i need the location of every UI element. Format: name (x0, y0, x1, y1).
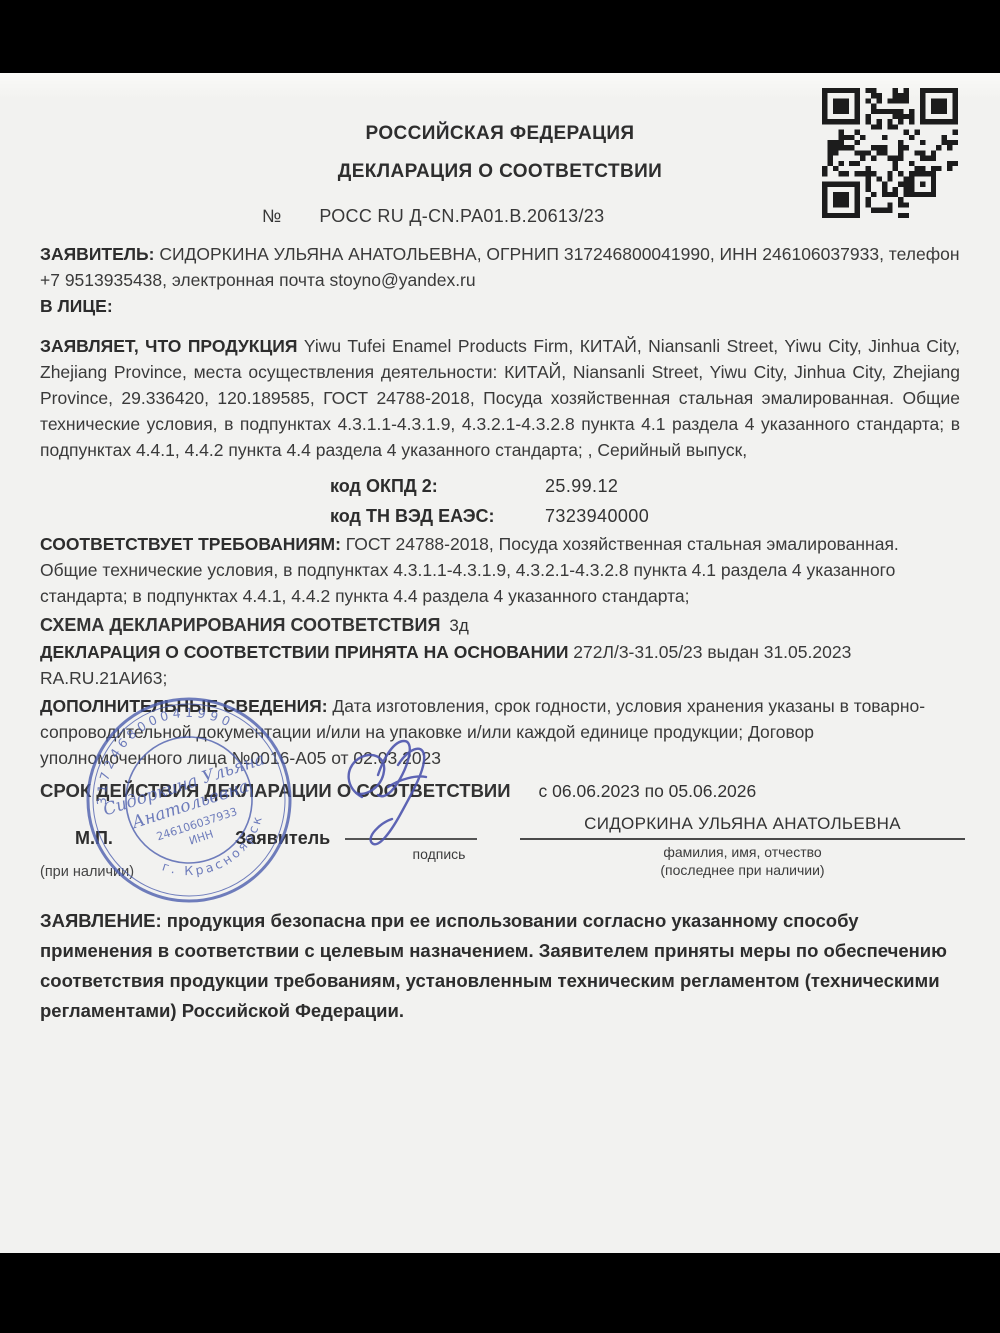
signature-line (345, 814, 477, 840)
statement-text: продукция безопасна при ее использовании… (40, 910, 947, 1021)
statement-paragraph: ЗАЯВЛЕНИЕ: продукция безопасна при ее ис… (40, 906, 960, 1026)
okpd-value: 25.99.12 (545, 476, 618, 496)
applicant-label: ЗАЯВИТЕЛЬ: (40, 244, 154, 264)
signature-caption: подпись (373, 846, 505, 862)
top-letterbox-bar (0, 0, 1000, 73)
statement-label: ЗАЯВЛЕНИЕ: (40, 910, 162, 931)
codes-block: код ОКПД 2:25.99.12 код ТН ВЭД ЕАЭС:7323… (330, 471, 960, 531)
name-caption-2: (последнее при наличии) (520, 862, 965, 878)
signatory-name: СИДОРКИНА УЛЬЯНА АНАТОЛЬЕВНА (520, 814, 965, 840)
complies-label: СООТВЕТСТВУЕТ ТРЕБОВАНИЯМ: (40, 534, 341, 554)
tnved-label: код ТН ВЭД ЕАЭС: (330, 501, 545, 531)
number-value: РОСС RU Д-CN.РА01.В.20613/23 (319, 206, 604, 226)
signature-block: М.П. (при наличии) Заявитель подпись СИД… (40, 812, 960, 890)
number-label: № (262, 206, 281, 226)
in-person-label: В ЛИЦЕ: (40, 296, 113, 316)
additional-paragraph: ДОПОЛНИТЕЛЬНЫЕ СВЕДЕНИЯ: Дата изготовлен… (40, 693, 960, 771)
scheme-label: СХЕМА ДЕКЛАРИРОВАНИЯ СООТВЕТСТВИЯ (40, 615, 440, 635)
declares-label: ЗАЯВЛЯЕТ, ЧТО ПРОДУКЦИЯ (40, 336, 297, 356)
mp-label: М.П. (75, 828, 113, 849)
basis-label: ДЕКЛАРАЦИЯ О СООТВЕТСТВИИ ПРИНЯТА НА ОСН… (40, 642, 568, 662)
validity-value: с 06.06.2023 по 05.06.2026 (539, 781, 757, 801)
okpd-row: код ОКПД 2:25.99.12 (330, 471, 960, 501)
bottom-letterbox-bar (0, 1253, 1000, 1333)
tnved-value: 7323940000 (545, 506, 649, 526)
role-label: Заявитель (235, 828, 330, 849)
validity-label: СРОК ДЕЙСТВИЯ ДЕКЛАРАЦИИ О СООТВЕТСТВИИ (40, 780, 511, 801)
validity-line: СРОК ДЕЙСТВИЯ ДЕКЛАРАЦИИ О СООТВЕТСТВИИс… (40, 780, 960, 802)
scheme-value: 3д (449, 616, 468, 635)
applicant-paragraph: ЗАЯВИТЕЛЬ: СИДОРКИНА УЛЬЯНА АНАТОЛЬЕВНА,… (40, 241, 960, 319)
okpd-label: код ОКПД 2: (330, 471, 545, 501)
mp-note: (при наличии) (40, 864, 134, 880)
tnved-row: код ТН ВЭД ЕАЭС:7323940000 (330, 501, 960, 531)
product-paragraph: ЗАЯВЛЯЕТ, ЧТО ПРОДУКЦИЯ Yiwu Tufei Ename… (40, 333, 960, 463)
complies-paragraph: СООТВЕТСТВУЕТ ТРЕБОВАНИЯМ: ГОСТ 24788-20… (40, 531, 960, 609)
name-caption-1: фамилия, имя, отчество (520, 844, 965, 860)
applicant-text: СИДОРКИНА УЛЬЯНА АНАТОЛЬЕВНА, ОГРНИП 317… (40, 244, 960, 290)
document-page: РОССИЙСКАЯ ФЕДЕРАЦИЯ ДЕКЛАРАЦИЯ О СООТВЕ… (0, 73, 1000, 1253)
scheme-line: СХЕМА ДЕКЛАРИРОВАНИЯ СООТВЕТСТВИЯ3д (40, 612, 960, 639)
qr-code-icon (822, 88, 958, 218)
additional-label: ДОПОЛНИТЕЛЬНЫЕ СВЕДЕНИЯ: (40, 696, 328, 716)
basis-paragraph: ДЕКЛАРАЦИЯ О СООТВЕТСТВИИ ПРИНЯТА НА ОСН… (40, 639, 960, 691)
